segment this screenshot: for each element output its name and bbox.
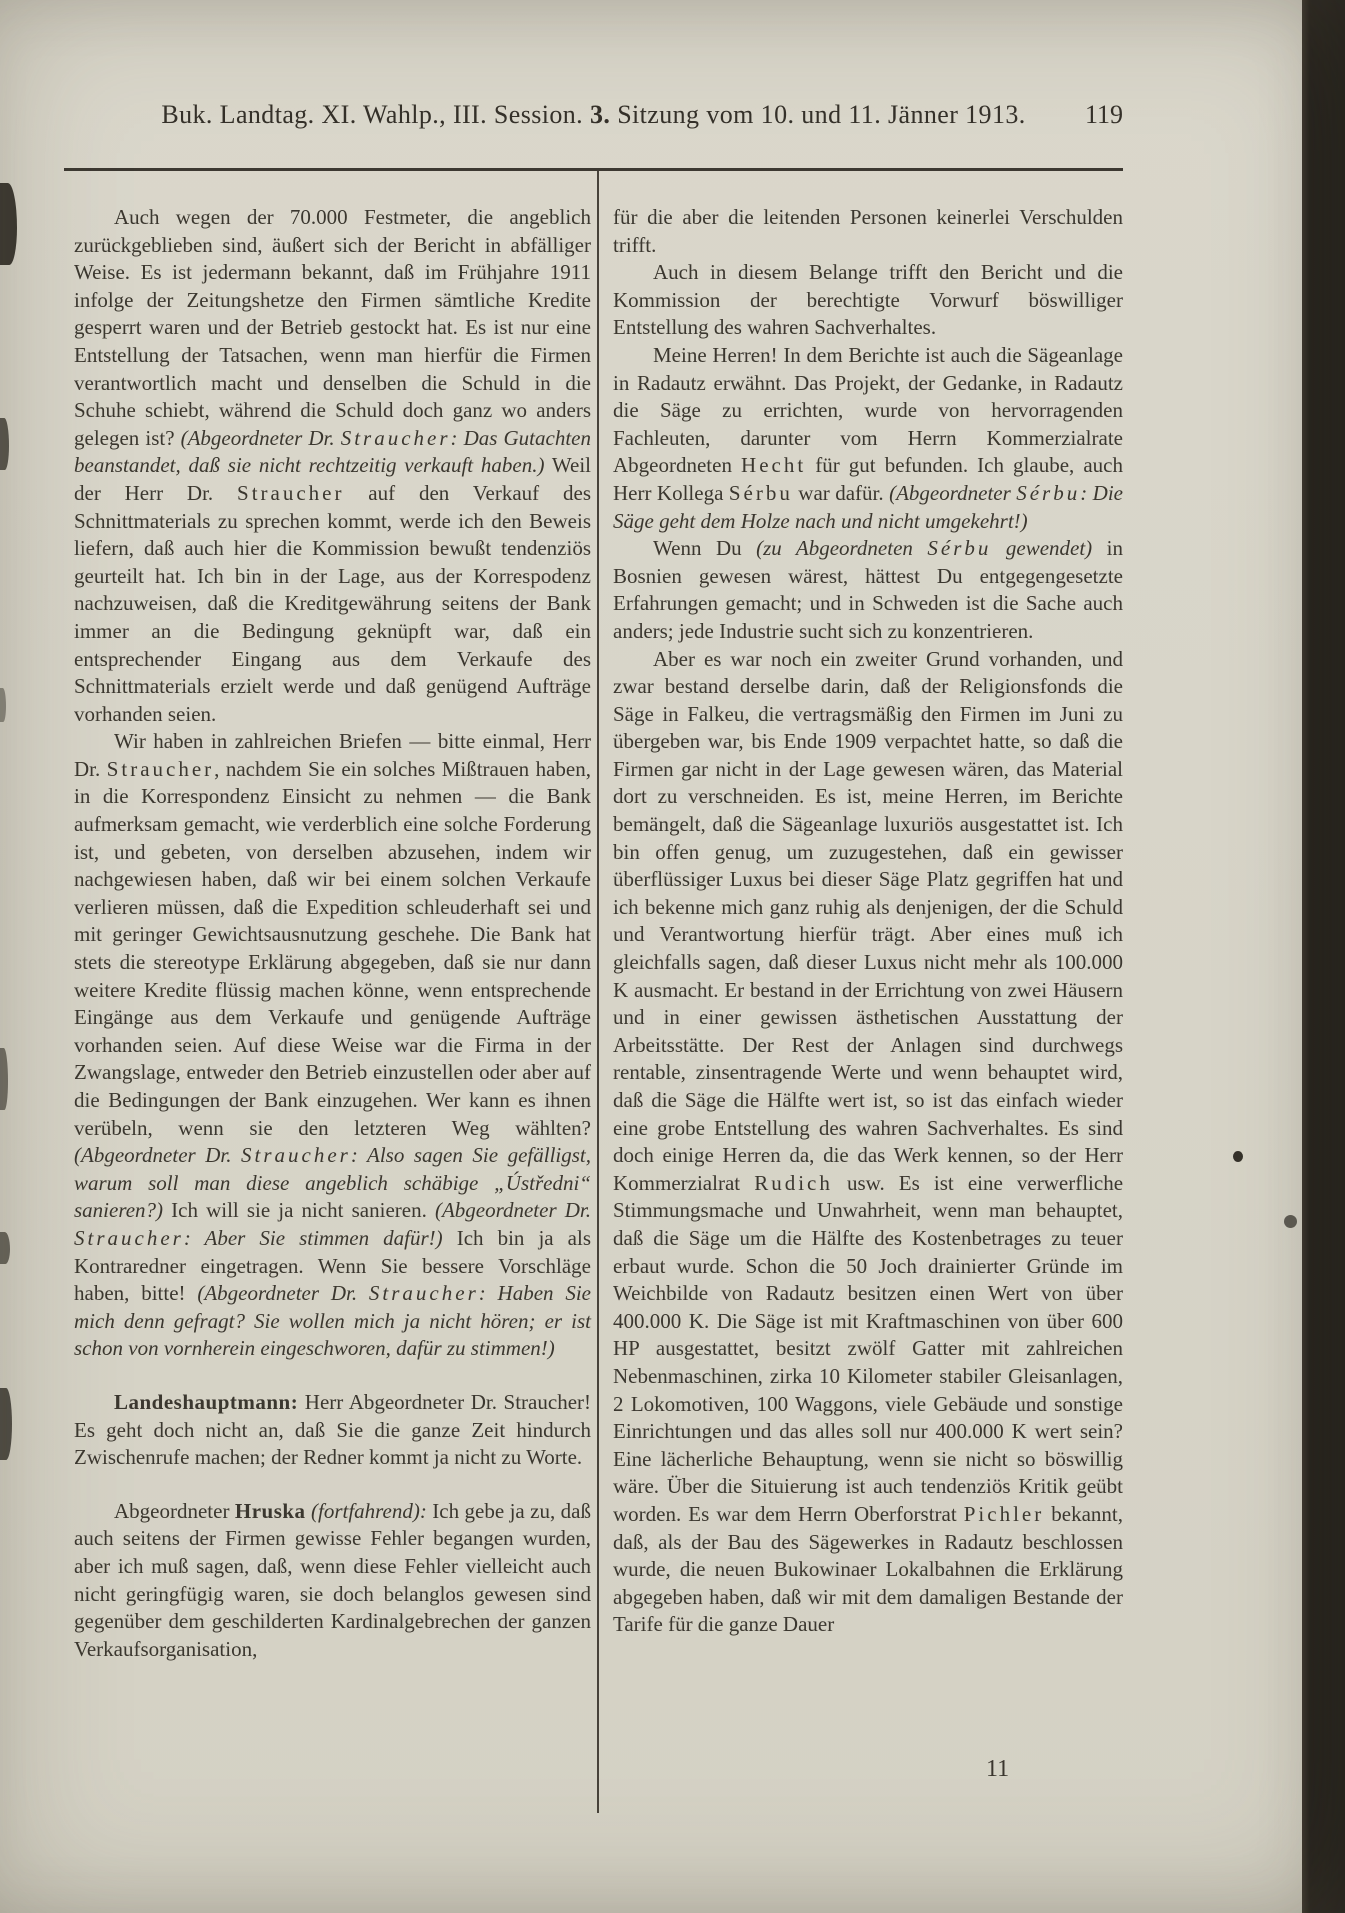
text-run: (Abgeordneter Dr. [181,426,341,450]
text-run: (zu Abgeordneten [756,536,927,560]
text-run: auf den Verkauf des Schnittmaterials zu … [74,481,591,726]
text-run: (Abgeordneter Dr. [74,1143,241,1167]
text-run: Hecht [741,453,806,477]
text-run: Aber es war noch ein zweiter Grund vorha… [613,647,1123,1195]
paragraph: Wenn Du (zu Abgeordneten Sérbu gewendet)… [613,535,1123,645]
right-column: für die aber die leitenden Personen kein… [613,204,1123,1639]
text-run: Sitzung vom 10. und 11. Jänner 1913. [610,100,1025,129]
text-run: Straucher [74,1226,184,1250]
text-run: Abgeordneter [114,1499,235,1523]
text-run: Rudich [754,1171,833,1195]
paragraph: Auch in diesem Belange trifft den Berich… [613,259,1123,342]
text-run: Wenn Du [653,536,756,560]
text-run: Straucher [369,1281,479,1305]
text-run: (Abgeordneter [889,481,1016,505]
text-run: Auch wegen der 70.000 Festmeter, die ang… [74,205,591,450]
header-rule [64,168,1123,171]
text-run: gewendet) [991,536,1092,560]
paragraph: Abgeordneter Hruska (fortfahrend): Ich g… [74,1498,591,1664]
paragraph: Wir haben in zahlreichen Briefen — bitte… [74,728,591,1363]
column-divider [597,171,599,1813]
ink-dot [1233,1151,1243,1162]
text-run: usw. Es ist eine verwerfliche Stimmungsm… [613,1171,1123,1526]
text-run: Ich will sie ja nicht sanieren. [163,1198,435,1222]
scan-artifact [0,1232,10,1264]
scan-artifact [0,183,17,265]
text-run: , nachdem Sie ein solches Mißtrauen habe… [74,757,591,1140]
text-run: Auch in diesem Belange trifft den Berich… [613,260,1123,339]
paragraph: Landeshauptmann: Herr Abgeordneter Dr. S… [74,1389,591,1472]
text-run: Straucher [237,481,344,505]
text-run: Straucher [107,757,214,781]
text-run: : Aber Sie stimmen dafür!) [184,1226,443,1250]
scanned-page: Buk. Landtag. XI. Wahlp., III. Session. … [0,0,1345,1913]
text-run: (Abgeordneter Dr. [435,1198,591,1222]
text-run: Sérbu [1016,481,1080,505]
scan-artifact [0,1388,12,1460]
text-block: Buk. Landtag. XI. Wahlp., III. Session. … [64,0,1123,1913]
scan-artifact [0,688,6,722]
running-header: Buk. Landtag. XI. Wahlp., III. Session. … [64,100,1123,130]
scan-artifact [0,1048,8,1110]
scan-artifact [0,418,9,470]
text-run: 3. [590,100,610,129]
text-run: Hruska [235,1499,306,1523]
page-number: 119 [1085,100,1123,130]
paragraph: Aber es war noch ein zweiter Grund vorha… [613,646,1123,1639]
paragraph: für die aber die leitenden Personen kein… [613,204,1123,259]
text-run: Straucher [241,1143,351,1167]
text-run: für die aber die leitenden Personen kein… [613,205,1123,257]
text-run: (Abgeordneter Dr. [197,1281,369,1305]
text-run: (fortfahrend): [306,1499,427,1523]
paragraph: Meine Herren! In dem Berichte ist auch d… [613,342,1123,535]
text-run: Ich gebe ja zu, daß auch seitens der Fir… [74,1499,591,1661]
text-run: Buk. Landtag. XI. Wahlp., III. Session. [161,100,590,129]
sheet-number: 11 [986,1756,1009,1783]
left-column: Auch wegen der 70.000 Festmeter, die ang… [74,204,591,1663]
paragraph: Auch wegen der 70.000 Festmeter, die ang… [74,204,591,728]
ink-dot [1284,1215,1297,1228]
text-run: Sérbu [729,481,793,505]
text-run: Straucher [341,426,451,450]
text-run: Pichler [964,1502,1044,1526]
text-run: Sérbu [927,536,991,560]
scan-dark-edge [1302,0,1345,1913]
text-run: Landeshauptmann: [114,1390,298,1414]
text-run: war dafür. [793,481,889,505]
